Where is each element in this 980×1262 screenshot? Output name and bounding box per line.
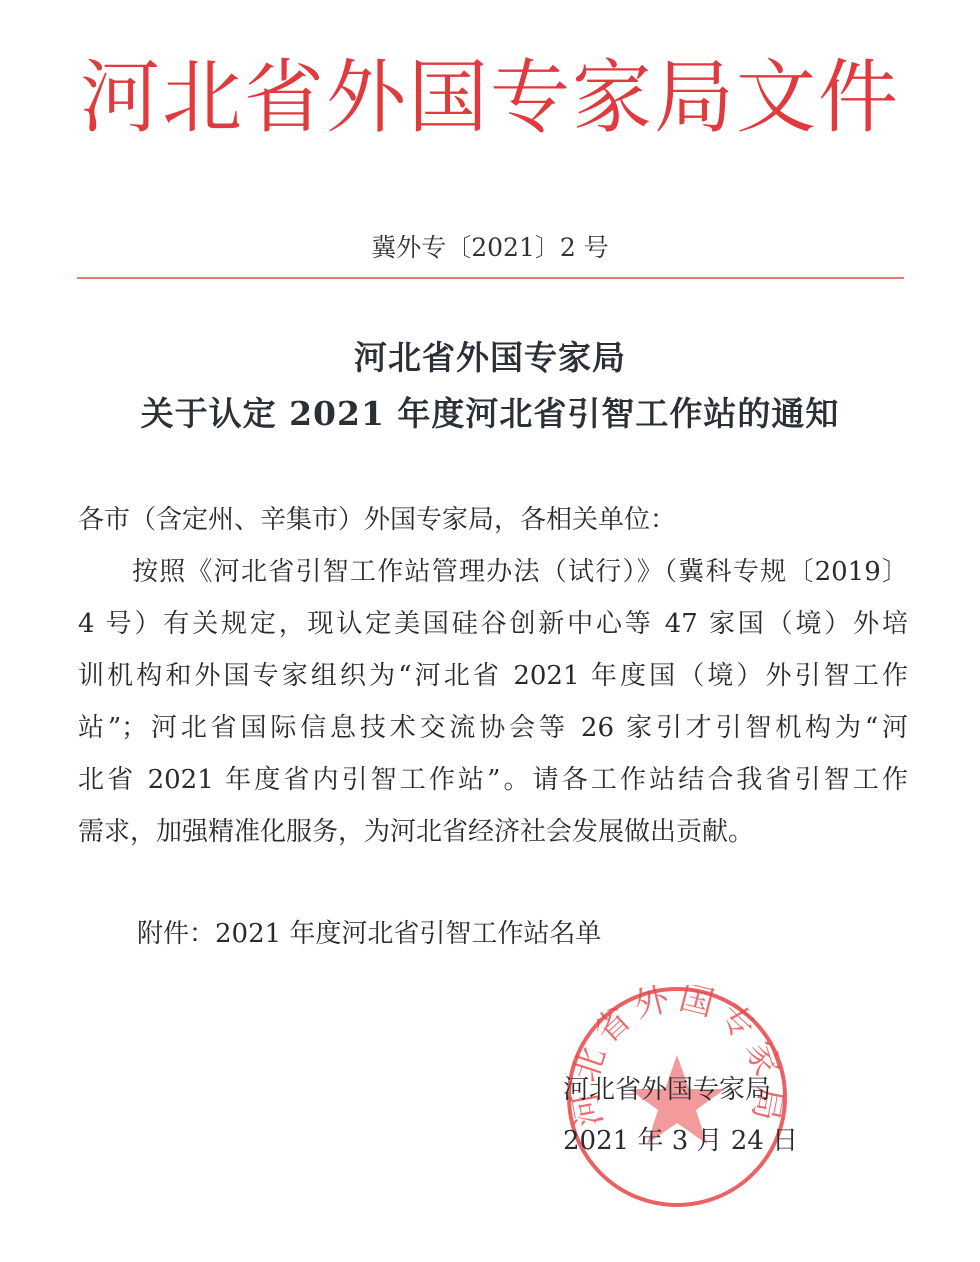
title-issuer: 河北省外国专家局 <box>0 336 980 380</box>
body-line-1: 按照《河北省引智工作站管理办法（试行）》（冀科专规〔2019〕 <box>132 555 908 589</box>
body-line-5: 北省 2021 年度省内引智工作站”。请各工作站结合我省引智工作 <box>78 763 908 797</box>
body-line-2: 4 号）有关规定，现认定美国硅谷创新中心等 47 家国（境）外培 <box>78 607 908 641</box>
title-subject: 关于认定 2021 年度河北省引智工作站的通知 <box>0 392 980 436</box>
signature-organization: 河北省外国专家局 <box>563 1073 771 1107</box>
salutation: 各市（含定州、辛集市）外国专家局，各相关单位： <box>78 503 908 537</box>
red-divider-line <box>77 277 904 279</box>
document-number: 冀外专〔2021〕2 号 <box>0 232 980 264</box>
attachment-note: 附件：2021 年度河北省引智工作站名单 <box>137 917 601 951</box>
body-line-3: 训机构和外国专家组织为“河北省 2021 年度国（境）外引智工作 <box>78 659 908 693</box>
signature-date: 2021 年 3 月 24 日 <box>563 1124 798 1158</box>
document-masthead: 河北省外国专家局文件 <box>0 50 980 146</box>
body-line-6: 需求，加强精准化服务，为河北省经济社会发展做出贡献。 <box>78 815 908 849</box>
body-line-4: 站”；河北省国际信息技术交流协会等 26 家引才引智机构为“河 <box>78 711 908 745</box>
